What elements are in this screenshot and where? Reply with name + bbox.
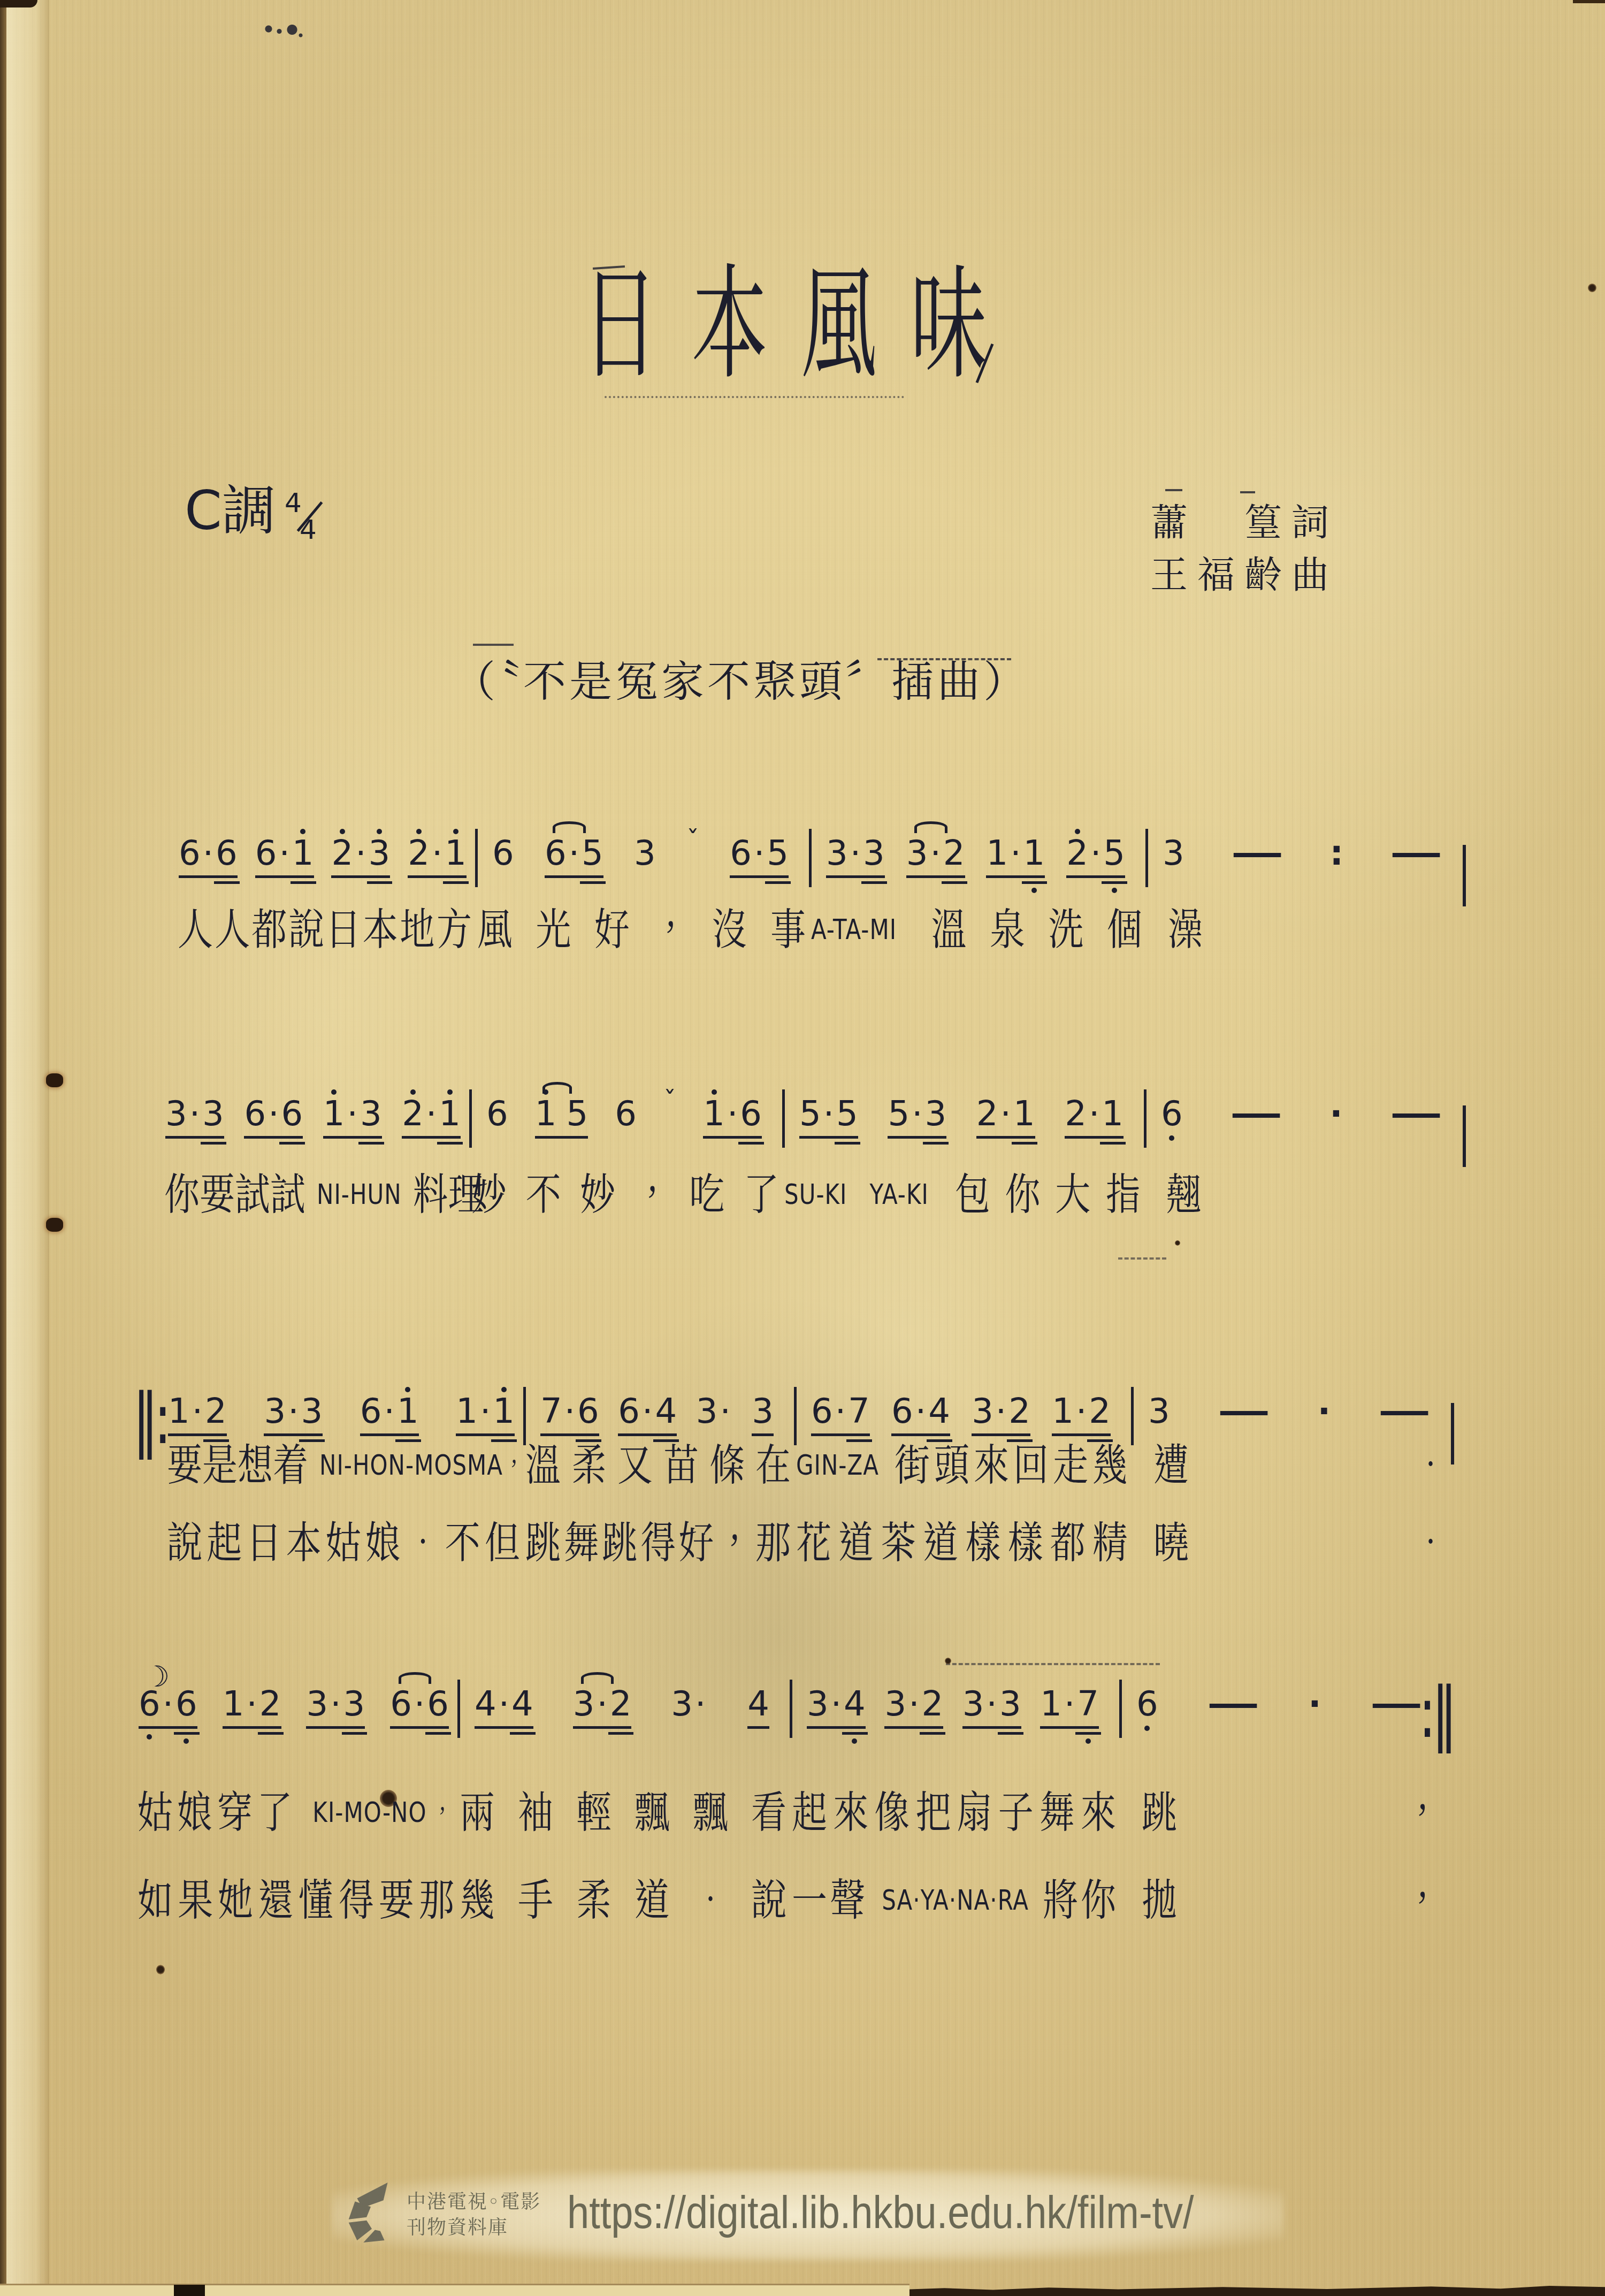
- lyric-line: SU-KI YA-KI 包你大指: [783, 1169, 1145, 1263]
- notation-line: 5·5 5·3 2·1 2·1: [783, 1084, 1145, 1151]
- note-digit: 3: [972, 1394, 993, 1429]
- note-digit: 1: [445, 836, 467, 871]
- augmentation-dot: ·: [499, 1687, 509, 1721]
- note-digit: —: [1389, 1097, 1442, 1131]
- lyric-segment: 人人都說日本地方: [178, 904, 472, 955]
- measure: 6·6 6·1 2·3 2·1: [177, 823, 476, 981]
- note-group: —: [1230, 836, 1284, 871]
- lyric-segment: 曉．: [1153, 1517, 1448, 1568]
- note-group: 1·2: [168, 1394, 227, 1436]
- note-digit: 1: [493, 1394, 515, 1429]
- notation-line: 6·6 1·2 3·3 6·6: [136, 1674, 458, 1741]
- augmentation-dot: ·: [597, 1687, 607, 1721]
- note-digit: 1: [986, 836, 1008, 871]
- note-group: 3·2: [884, 1687, 943, 1729]
- measure: 7·6 6·4 3· 3: [524, 1382, 795, 1595]
- note-digit: 2: [976, 1097, 998, 1131]
- augmentation-dot: ·: [642, 1394, 653, 1429]
- augmentation-dot: ·: [915, 1394, 926, 1429]
- augmentation-dot: ·: [912, 1097, 922, 1131]
- note-digit: 3: [360, 1097, 382, 1131]
- augmentation-dot: ·: [384, 1394, 395, 1429]
- note-group: 3·2: [573, 1687, 632, 1729]
- note-group: 15: [535, 1097, 588, 1139]
- note-digit: 6: [811, 1394, 833, 1429]
- note-group: ·: [1318, 1394, 1331, 1429]
- measure: 6 6·5 3 ˇ 6·5: [476, 823, 810, 981]
- note-group: 6·1: [360, 1394, 419, 1436]
- note-digit: 6: [179, 836, 201, 871]
- note-digit: —: [1230, 836, 1283, 871]
- lyrics: 兩袖輕飄飄看 幾手柔道．說: [458, 1787, 791, 1962]
- lyrics: A-TA-MI 溫泉洗個: [810, 904, 1147, 981]
- lyrics: 你要試試 NI-HUN 料理: [163, 1169, 470, 1246]
- augmentation-dot: ·: [996, 1394, 1006, 1429]
- measure: 6 — · —: [1120, 1674, 1444, 1962]
- note-digit: 4: [475, 1687, 496, 1721]
- augmentation-dot: ·: [1010, 836, 1021, 871]
- note-digit: 3: [634, 836, 656, 871]
- note-digit: 3: [202, 1097, 224, 1131]
- note-digit: 6: [216, 836, 238, 871]
- note-group: 3·3: [306, 1687, 365, 1729]
- augmentation-dot: ·: [564, 1394, 575, 1429]
- note-group: —: [1229, 1097, 1283, 1131]
- note-digit: 3: [826, 836, 848, 871]
- lyric-segment: SA·YA·NA·RA: [882, 1884, 1029, 1916]
- lyric-segment: 溫泉洗個: [931, 904, 1142, 955]
- note-digit: ˇ: [686, 823, 699, 858]
- augmentation-dot: ·: [268, 1097, 279, 1131]
- lyric-segment: KI-MO-NO，: [312, 1796, 454, 1828]
- lyric-line: 如果她還懂得要那: [136, 1874, 458, 1981]
- note-group: 1·6: [703, 1097, 762, 1139]
- score-row: ☽ 6·6 1·2 3·3: [136, 1674, 1444, 1962]
- augmentation-dot: ·: [727, 1097, 738, 1131]
- lyric-segment: 說起日本姑娘．不但: [167, 1517, 520, 1568]
- note-digit: 6: [486, 1097, 508, 1131]
- note-digit: 6: [175, 1687, 197, 1721]
- lyric-segment: NI-HUN: [317, 1178, 402, 1210]
- note-digit: 6: [615, 1097, 637, 1131]
- note-digit: 1: [1023, 836, 1045, 871]
- note-digit: 6: [577, 1394, 599, 1429]
- note-digit: 2: [943, 836, 965, 871]
- note-group: 2·1: [408, 836, 467, 878]
- note-group: ˇ: [686, 823, 699, 858]
- note-digit: 3: [807, 1687, 829, 1721]
- note-digit: 4: [844, 1687, 866, 1721]
- notation-line: 6 15 6 ˇ 1·6: [470, 1084, 783, 1151]
- note-group: 6·5: [545, 836, 603, 878]
- score-row: 6·6 6·1 2·3 2·1: [177, 823, 1464, 981]
- lyrics: 跳， 拋，: [1120, 1787, 1444, 1962]
- note-digit: 5: [836, 1097, 858, 1131]
- augmentation-dot: ·: [835, 1394, 846, 1429]
- note-group: 3·3: [264, 1394, 323, 1436]
- note-group: 4: [747, 1687, 769, 1729]
- lyrics: GIN-ZA 街頭來回走幾 花道茶道樣樣都精: [795, 1439, 1132, 1595]
- note-digit: ·: [1318, 1394, 1331, 1429]
- note-digit: 1: [168, 1394, 190, 1429]
- lyric-segment: 風光好，沒事: [477, 904, 806, 955]
- note-digit: 1: [703, 1097, 725, 1131]
- augmentation-dot: ·: [330, 1687, 341, 1721]
- augmentation-dot: ·: [695, 1687, 706, 1721]
- lyric-line: 人人都說日本地方: [177, 904, 476, 998]
- augmentation-dot: ·: [432, 836, 442, 871]
- note-digit: 3: [1148, 1394, 1170, 1429]
- note-group: 6: [492, 836, 514, 871]
- augmentation-dot: ·: [246, 1687, 257, 1721]
- augmentation-dot: ·: [355, 836, 366, 871]
- note-group: 3·: [671, 1687, 708, 1721]
- lyric-segment: 澡: [1168, 904, 1203, 955]
- note-digit: 5: [1103, 836, 1125, 871]
- note-group: 6: [615, 1097, 637, 1131]
- note-group: 6·6: [139, 1687, 197, 1729]
- annotation-dashed-line: [1118, 1257, 1166, 1260]
- note-group: 2·1: [976, 1097, 1035, 1139]
- lyric-segment: A-TA-MI: [811, 913, 897, 945]
- augmentation-dot: ·: [1076, 1394, 1087, 1429]
- lyric-segment: 一聲: [792, 1875, 868, 1925]
- lyric-segment: 將你: [1043, 1875, 1116, 1925]
- augmentation-dot: ·: [987, 1687, 997, 1721]
- note-digit: 1: [439, 1097, 461, 1131]
- note-group: 3: [752, 1394, 774, 1436]
- measures: 1·2 3·3 6·1 1·1: [166, 1382, 1453, 1595]
- augmentation-dot: ·: [203, 836, 213, 871]
- note-digit: 2: [259, 1687, 281, 1721]
- note-digit: 2: [205, 1394, 227, 1429]
- lyrics: 風光好，沒事: [476, 904, 810, 981]
- note-group: 4·4: [475, 1687, 533, 1729]
- measure: 6·6 1·2 3·3 6·6: [136, 1674, 458, 1962]
- note-digit: 1: [1013, 1097, 1035, 1131]
- lyric-segment: NI-HON-MOSMA，: [319, 1449, 526, 1481]
- notation-line: 3·3 6·6 1·3 2·1: [163, 1084, 470, 1151]
- notation-line: 3 — : —: [1147, 823, 1464, 890]
- note-group: 6·4: [891, 1394, 950, 1436]
- note-digit: 7: [1077, 1687, 1099, 1721]
- note-digit: 3: [264, 1394, 286, 1429]
- note-group: 3·4: [807, 1687, 866, 1729]
- note-group: 3·3: [165, 1097, 224, 1139]
- note-group: 5·3: [888, 1097, 946, 1139]
- note-group: —: [1389, 836, 1443, 871]
- watermark-org-line2: 刊物資料庫: [407, 2215, 541, 2241]
- lyric-line: A-TA-MI 溫泉洗個: [810, 904, 1147, 998]
- note-digit: 6: [255, 836, 277, 871]
- lyrics: SU-KI YA-KI 包你大指: [783, 1169, 1145, 1246]
- lyric-segment: 姑娘穿了: [137, 1787, 297, 1837]
- note-digit: 5: [567, 1097, 588, 1131]
- watermark-org-line1: 中港電視◦電影: [407, 2190, 541, 2215]
- augmentation-dot: ·: [1000, 1097, 1011, 1131]
- note-digit: 3: [884, 1687, 906, 1721]
- lyrics: 要是想着 NI-HON-MOSMA， 說起日本姑娘．不但: [166, 1439, 524, 1595]
- lyrics: 起來像把扇子舞來 一聲 SA·YA·NA·RA: [791, 1787, 1120, 1962]
- note-digit: —: [1206, 1687, 1259, 1721]
- lyric-segment: 跳，: [1142, 1787, 1440, 1837]
- measure: 1·2 3·3 6·1 1·1: [166, 1382, 524, 1595]
- lyric-line: 澡: [1147, 904, 1464, 998]
- measure: 3·3 3·2 1·1 2·5: [810, 823, 1147, 981]
- lyrics: 遭． 曉．: [1132, 1439, 1453, 1595]
- note-digit: 7: [540, 1394, 562, 1429]
- note-digit: 1: [292, 836, 314, 871]
- note-digit: —: [1217, 1394, 1270, 1429]
- augmentation-dot: ·: [279, 836, 289, 871]
- note-digit: 3: [752, 1394, 774, 1429]
- augmentation-dot: ·: [720, 1394, 730, 1429]
- note-digit: 5: [582, 836, 603, 871]
- note-digit: 5: [767, 836, 789, 871]
- lyrics: 姑娘穿了 KI-MO-NO， 如果她還懂得要那: [136, 1787, 458, 1962]
- measure: 3 — · —: [1132, 1382, 1453, 1595]
- note-group: 3·: [696, 1394, 733, 1429]
- note-digit: —: [1378, 1394, 1431, 1429]
- note-group: ˇ: [663, 1084, 676, 1118]
- note-digit: 2: [610, 1687, 632, 1721]
- notation-line: 3·4 3·2 3·3 1·7: [791, 1674, 1120, 1741]
- lyric-segment: 你要試試: [164, 1169, 305, 1219]
- note-group: —: [1206, 1687, 1260, 1721]
- lyrics: 溫柔又苗條在 跳舞跳得好，那: [524, 1439, 795, 1595]
- note-digit: 3: [573, 1687, 595, 1721]
- note-digit: 3: [306, 1687, 328, 1721]
- note-digit: 3: [906, 836, 928, 871]
- note-group: 6·5: [730, 836, 789, 878]
- note-digit: 2: [402, 1097, 424, 1131]
- note-group: 2·3: [331, 836, 390, 878]
- lyrics: 妙不妙，吃了: [470, 1169, 783, 1246]
- notation-line: 6 — · —: [1120, 1674, 1444, 1741]
- lyric-line: 說起日本姑娘．不但: [166, 1517, 524, 1612]
- lyric-line: 翹: [1145, 1169, 1464, 1263]
- note-digit: 1: [397, 1394, 419, 1429]
- augmentation-dot: ·: [189, 1097, 200, 1131]
- augmentation-dot: ·: [930, 836, 941, 871]
- lyric-line: 拋，: [1120, 1874, 1444, 1981]
- note-digit: 1: [223, 1687, 244, 1721]
- note-digit: 2: [1065, 1097, 1087, 1131]
- note-group: ·: [1329, 1097, 1342, 1131]
- note-digit: 5: [888, 1097, 909, 1131]
- measures: 6·6 6·1 2·3 2·1: [177, 823, 1464, 981]
- note-group: 6: [1136, 1687, 1158, 1721]
- note-group: 3·2: [906, 836, 965, 878]
- note-group: 6: [1161, 1097, 1183, 1131]
- notation-line: 4·4 3·2 3· 4: [458, 1674, 791, 1741]
- augmentation-dot: ·: [192, 1394, 203, 1429]
- measure: 3 — : —: [1147, 823, 1464, 981]
- note-digit: 6: [1136, 1687, 1158, 1721]
- lyric-segment: 妙不妙，吃了: [471, 1169, 779, 1219]
- notation-line: 6·7 6·4 3·2 1·2: [795, 1382, 1132, 1448]
- notation-line: 7·6 6·4 3· 3: [524, 1382, 795, 1448]
- note-group: 3·3: [962, 1687, 1021, 1729]
- notation-line: 3 — · —: [1132, 1382, 1453, 1448]
- note-digit: 6: [545, 836, 567, 871]
- repeat-end-barline: :‖: [1419, 1679, 1453, 1748]
- measures: 6·6 1·2 3·3 6·6: [136, 1674, 1444, 1962]
- lyric-line: 風光好，沒事: [476, 904, 810, 998]
- note-digit: 6: [618, 1394, 640, 1429]
- measure: 5·5 5·3 2·1 2·1: [783, 1084, 1145, 1246]
- measure: 6 15 6 ˇ 1·6: [470, 1084, 783, 1246]
- lyric-line: 一聲 SA·YA·NA·RA 將你: [791, 1874, 1120, 1981]
- note-digit: 6: [360, 1394, 382, 1429]
- repeat-start-barline: ‖:: [133, 1385, 167, 1454]
- augmentation-dot: ·: [414, 1687, 425, 1721]
- lyric-line: 曉．: [1132, 1517, 1453, 1612]
- note-group: 6·1: [255, 836, 314, 878]
- lyric-segment: 跳舞跳得好，那: [525, 1517, 791, 1568]
- measures: 3·3 6·6 1·3 2·1: [163, 1084, 1464, 1246]
- lyric-segment: 花道茶道樣樣都精: [796, 1517, 1128, 1568]
- note-group: 3·2: [972, 1394, 1030, 1436]
- lyric-line: 花道茶道樣樣都精: [795, 1517, 1132, 1612]
- notation-line: 6 6·5 3 ˇ 6·5: [476, 823, 810, 890]
- note-digit: —: [1370, 1687, 1423, 1721]
- lyric-segment: 拋，: [1142, 1875, 1440, 1925]
- note-group: 2·5: [1066, 836, 1125, 878]
- lyric-segment: 兩袖輕飄飄看: [460, 1787, 786, 1837]
- lyrics: 人人都說日本地方: [177, 904, 476, 981]
- note-digit: 5: [799, 1097, 821, 1131]
- note-group: 1·1: [456, 1394, 515, 1436]
- lyric-line: 幾手柔道．說: [458, 1874, 791, 1981]
- note-digit: 6: [281, 1097, 303, 1131]
- lyric-line: 你要試試 NI-HUN 料理: [163, 1169, 470, 1263]
- note-digit: 1: [456, 1394, 478, 1429]
- lyric-segment: 翹: [1166, 1169, 1202, 1219]
- note-digit: 2: [1089, 1394, 1111, 1429]
- note-digit: 4: [655, 1394, 677, 1429]
- note-digit: 4: [928, 1394, 950, 1429]
- augmentation-dot: ·: [850, 836, 861, 871]
- note-digit: 6: [891, 1394, 913, 1429]
- measure: 3·3 6·6 1·3 2·1: [163, 1084, 470, 1246]
- note-digit: 3: [343, 1687, 365, 1721]
- note-digit: 3: [999, 1687, 1021, 1721]
- note-digit: 4: [747, 1687, 769, 1721]
- lyric-segment: 包你大指: [955, 1169, 1141, 1219]
- augmentation-dot: ·: [1090, 836, 1101, 871]
- augmentation-dot: ·: [831, 1687, 842, 1721]
- annotation-dot: [945, 1658, 951, 1664]
- lyric-segment: 溫柔又苗條在: [525, 1440, 791, 1490]
- note-group: —: [1370, 1687, 1423, 1721]
- note-group: 6·6: [179, 836, 238, 878]
- lyrics: 澡: [1147, 904, 1464, 981]
- note-digit: 3: [924, 1097, 946, 1131]
- note-digit: 6: [1161, 1097, 1183, 1131]
- note-group: 1·7: [1040, 1687, 1099, 1729]
- lyric-segment: 街頭來回走幾: [895, 1440, 1128, 1490]
- note-group: 6·4: [618, 1394, 677, 1436]
- note-digit: 3: [863, 836, 885, 871]
- augmentation-dot: ·: [288, 1394, 299, 1429]
- note-digit: 1: [1040, 1687, 1062, 1721]
- note-digit: :: [1330, 836, 1344, 871]
- lyric-segment: 要是想着: [167, 1440, 308, 1490]
- note-digit: 2: [1008, 1394, 1030, 1429]
- score: 6·6 6·1 2·3 2·1: [0, 0, 1605, 2296]
- notation-line: 6 — · —: [1145, 1084, 1464, 1151]
- note-digit: ·: [1329, 1097, 1342, 1131]
- note-group: 5·5: [799, 1097, 858, 1139]
- lyric-segment: GIN-ZA: [796, 1449, 879, 1481]
- augmentation-dot: ·: [823, 1097, 834, 1131]
- lyric-segment: 遭．: [1153, 1440, 1448, 1490]
- note-digit: 3: [671, 1687, 693, 1721]
- watermark-url: https://digital.lib.hkbu.edu.hk/film-tv/: [567, 2187, 1194, 2238]
- augmentation-dot: ·: [480, 1394, 491, 1429]
- annotation-dashed-line: [946, 1663, 1160, 1665]
- augmentation-dot: ·: [908, 1687, 919, 1721]
- lyric-segment: 幾手柔道．說: [460, 1875, 786, 1925]
- note-digit: ·: [1308, 1687, 1321, 1721]
- measure: 6 — · —: [1145, 1084, 1464, 1246]
- lyric-segment: 如果她還懂得要那: [137, 1875, 454, 1925]
- note-group: 1·3: [323, 1097, 382, 1139]
- measure: 3·4 3·2 3·3 1·7: [791, 1674, 1120, 1962]
- watermark-org-name: 中港電視◦電影 刊物資料庫: [407, 2190, 541, 2241]
- augmentation-dot: ·: [1089, 1097, 1099, 1131]
- note-digit: 3: [1163, 836, 1184, 871]
- note-digit: 6: [244, 1097, 266, 1131]
- note-digit: 1: [1102, 1097, 1123, 1131]
- note-digit: 6: [390, 1687, 412, 1721]
- note-digit: 6: [730, 836, 752, 871]
- notation-line: 1·2 3·3 6·1 1·1: [166, 1382, 524, 1448]
- note-group: 1·2: [223, 1687, 281, 1729]
- note-digit: 2: [921, 1687, 943, 1721]
- note-group: 6: [486, 1097, 508, 1131]
- note-digit: 2: [408, 836, 430, 871]
- note-group: 7·6: [540, 1394, 599, 1436]
- note-group: 6·6: [244, 1097, 303, 1139]
- lyric-line: 跳舞跳得好，那: [524, 1517, 795, 1612]
- lyrics: 翹: [1145, 1169, 1464, 1246]
- note-group: 1·1: [986, 836, 1045, 878]
- note-digit: 3: [696, 1394, 718, 1429]
- note-group: 2·1: [1065, 1097, 1123, 1139]
- film-archive-logo-icon: [345, 2180, 399, 2244]
- notation-line: 6·6 6·1 2·3 2·1: [177, 823, 476, 890]
- augmentation-dot: ·: [1064, 1687, 1075, 1721]
- note-digit: 6: [139, 1687, 160, 1721]
- measure: 4·4 3·2 3· 4: [458, 1674, 791, 1962]
- notation-line: 3·3 3·2 1·1 2·5: [810, 823, 1147, 890]
- note-digit: 1: [323, 1097, 345, 1131]
- note-digit: 6: [427, 1687, 449, 1721]
- augmentation-dot: ·: [347, 1097, 358, 1131]
- lyric-line: 妙不妙，吃了: [470, 1169, 783, 1263]
- note-digit: 6: [740, 1097, 762, 1131]
- augmentation-dot: ·: [426, 1097, 437, 1131]
- note-digit: ˇ: [663, 1084, 676, 1118]
- note-digit: 2: [331, 836, 353, 871]
- note-group: —: [1389, 1097, 1443, 1131]
- score-row: 3·3 6·6 1·3 2·1: [163, 1084, 1464, 1246]
- note-digit: 1: [535, 1097, 557, 1131]
- note-digit: —: [1389, 836, 1442, 871]
- note-digit: 2: [1066, 836, 1088, 871]
